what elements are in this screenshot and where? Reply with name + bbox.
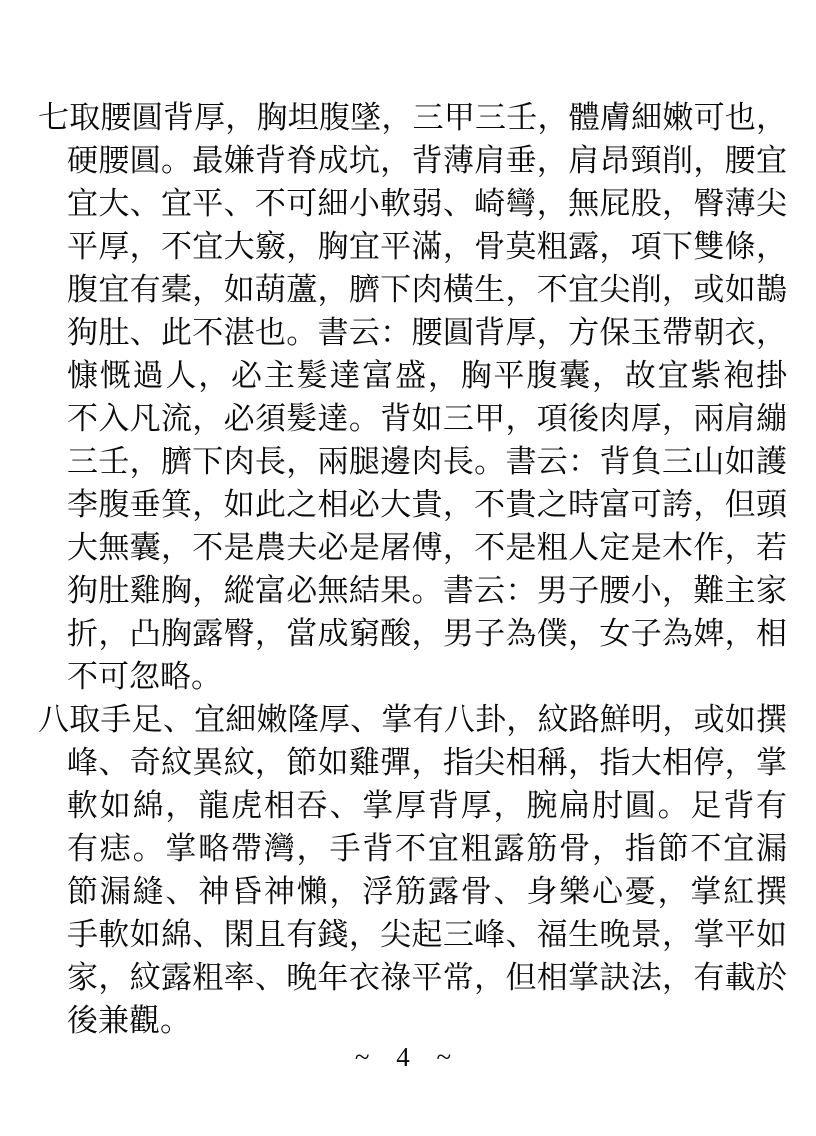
text-line: 腹宜有橐，如葫蘆，臍下肉橫生，不宜尖削，或如鵲肚、雞胸、 xyxy=(67,268,787,311)
text-line: 平厚，不宜大竅，胸宜平滿，骨莫粗露，項下雙條，心窩不陷， xyxy=(67,225,787,268)
text-line: 有痣。掌略帶灣，手背不宜粗露筋骨，指節不宜漏縫。書云：腫 xyxy=(67,827,787,870)
paragraph-eight: 八取手足、宜細嫩隆厚、掌有八卦，紋路鮮明，或如撰血，尖起三 峰、奇紋異紋，節如雞… xyxy=(67,698,787,1042)
text-line: 節漏縫、神昏神懶，浮筋露骨、身樂心憂，掌紅撰血、富貴綿綿， xyxy=(67,870,787,913)
text-line: 不入凡流，必須髮達。背如三甲，項後肉厚，兩肩繃肉厚、腹如 xyxy=(67,397,787,440)
text-line: 硬腰圓。最嫌背脊成坑，背薄肩垂，肩昂頸削，腰宜圓、宜硬， xyxy=(67,139,787,182)
text-line: 慷慨過人，必主髮達富盛，胸平腹囊，故宜紫袍掛體，雖不出前， xyxy=(67,354,787,397)
text-line: 八取手足、宜細嫩隆厚、掌有八卦，紋路鮮明，或如撰血，尖起三 xyxy=(38,698,787,741)
text-line: 狗肚雞胸，縱富必無結果。書云：男子腰小，難主家財，亦且夭 xyxy=(67,569,787,612)
text-line: 狗肚、此不湛也。書云：腰圓背厚，方保玉帶朝衣，驟然不豫， xyxy=(67,311,787,354)
text-line: 手軟如綿、閑且有錢，尖起三峰、福生晚景，掌平如鏡、白手興 xyxy=(67,913,787,956)
scanned-book-page: 七取腰圓背厚，胸坦腹墜，三甲三壬，體膚細嫩可也，背厚闊、腰 硬腰圓。最嫌背脊成坑… xyxy=(0,0,816,1136)
paragraph-seven: 七取腰圓背厚，胸坦腹墜，三甲三壬，體膚細嫩可也，背厚闊、腰 硬腰圓。最嫌背脊成坑… xyxy=(67,96,787,698)
page-number: ~ 4 ~ xyxy=(0,1042,816,1073)
text-line: 大無囊，不是農夫必是屠傅，不是粗人定是木作，若尖削陷軟， xyxy=(67,526,787,569)
text-line: 不可忽略。 xyxy=(67,655,787,698)
text-line: 峰、奇紋異紋，節如雞彈，指尖相稱，指大相停，掌平如鏡，或 xyxy=(67,741,787,784)
text-line: 宜大、宜平、不可細小軟弱、崎彎，無屁股，臀薄尖削露，臀宜 xyxy=(67,182,787,225)
text-line: 折，凸胸露臀，當成窮酸，男子為僕，女子為婢，相中最宜推詳、 xyxy=(67,612,787,655)
text-line: 後兼觀。 xyxy=(67,999,787,1042)
text-line: 軟如綿，龍虎相吞、掌厚背厚，腕扁肘圓。足背有肉、足底有紋 xyxy=(67,784,787,827)
text-line: 七取腰圓背厚，胸坦腹墜，三甲三壬，體膚細嫩可也，背厚闊、腰 xyxy=(38,96,787,139)
text-line: 李腹垂箕，如此之相必大貴，不貴之時富可誇，但頭大無肉，腹 xyxy=(67,483,787,526)
text-block: 七取腰圓背厚，胸坦腹墜，三甲三壬，體膚細嫩可也，背厚闊、腰 硬腰圓。最嫌背脊成坑… xyxy=(0,96,816,1042)
text-line: 家，紋露粗率、晚年衣祿平常，但相掌訣法，有載於後，宜與前 xyxy=(67,956,787,999)
text-line: 三壬，臍下肉長，兩腿邊肉長。書云：背負三山如護甲，臍深納 xyxy=(67,440,787,483)
